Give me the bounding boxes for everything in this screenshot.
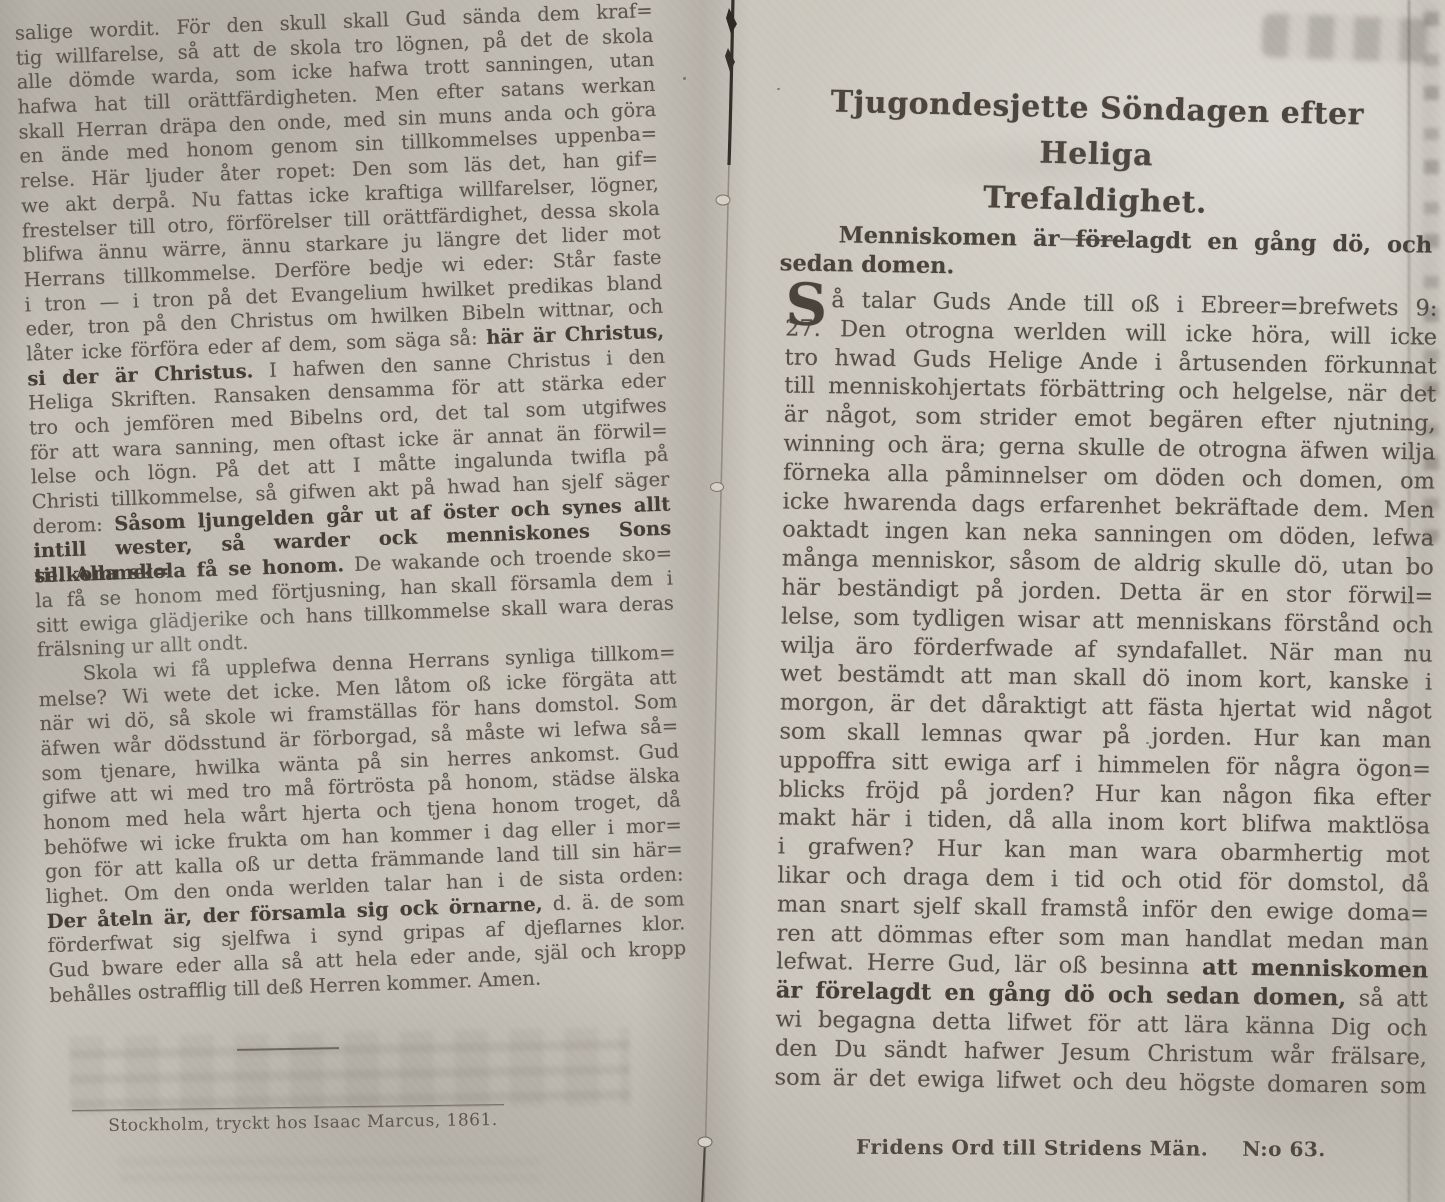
bleedthrough-ghost-text	[69, 1027, 630, 1115]
drop-cap: S	[785, 294, 827, 315]
stitch-knot	[711, 483, 724, 492]
ink-stroke-barb	[725, 48, 735, 72]
theme-sentence: Menniskomen är förelagdt en gång dö, och…	[780, 220, 1433, 289]
series-title: Fridens Ord till Stridens Män.	[856, 1135, 1208, 1161]
ink-speck	[1146, 742, 1149, 744]
section-end-rule	[237, 1047, 339, 1051]
left-page-text-block: salige wordit. För den skull skall Gud s…	[15, 0, 688, 1009]
right-page-text-block: Så talar Guds Ande till oß i Ebreer=bref…	[774, 285, 1437, 1100]
page-edge-ink-marks	[1424, 4, 1439, 544]
ink-stroke-barb	[726, 8, 737, 34]
bleedthrough-ghost-text	[120, 1150, 540, 1190]
bleedthrough-smudge	[1261, 13, 1430, 63]
series-footer: Fridens Ord till Stridens Män.N:o 63.	[856, 1135, 1336, 1162]
stitch-knot	[698, 1137, 712, 1147]
chapter-heading-line-1: Tjugondesjette Söndagen efter Heliga	[772, 78, 1422, 186]
ink-speck	[168, 246, 170, 248]
printer-imprint: Stockholm, tryckt hos Isaac Marcus, 1861…	[88, 1110, 518, 1137]
book-spread-photo: salige wordit. För den skull skall Gud s…	[0, 0, 1445, 1202]
page-edge	[1408, 0, 1410, 1202]
issue-number: N:o 63.	[1242, 1137, 1326, 1161]
stitch-knot	[716, 195, 730, 205]
ink-speck	[777, 88, 780, 90]
ink-speck	[683, 77, 686, 80]
